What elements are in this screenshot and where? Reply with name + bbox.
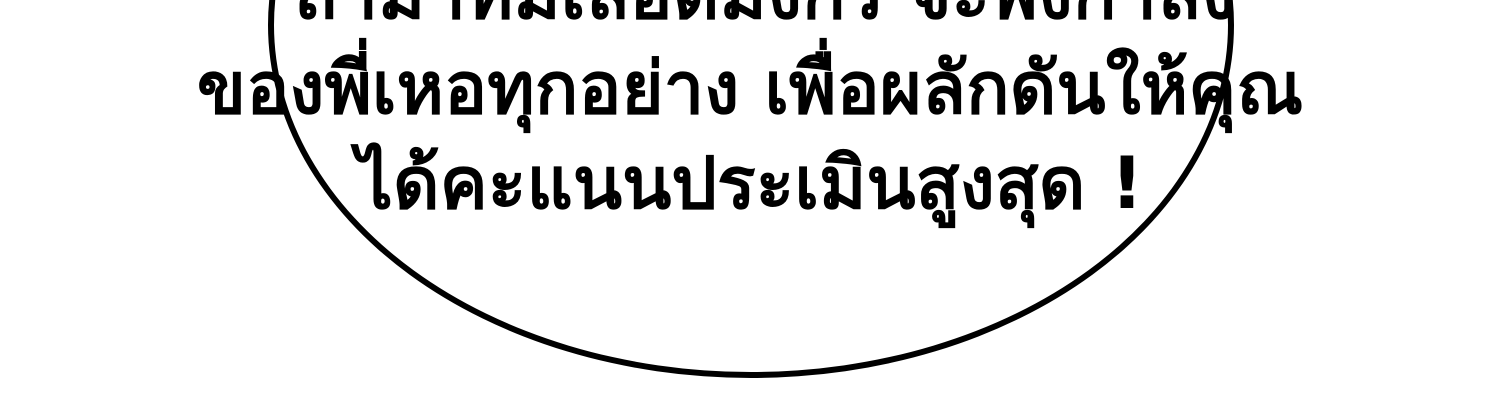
speech-bubble-text: ถ้ามาทีมเลือดมังกร จะพึ่งกำลัง ของพี่เหอ… (0, 0, 1500, 231)
bubble-line-2: ของพี่เหอทุกอย่าง เพื่อผลักดันให้คุณ (0, 41, 1500, 136)
bubble-line-3: ได้คะแนนประเมินสูงสุด ! (0, 136, 1500, 231)
bubble-line-1: ถ้ามาทีมเลือดมังกร จะพึ่งกำลัง (15, 0, 1500, 41)
comic-panel: ถ้ามาทีมเลือดมังกร จะพึ่งกำลัง ของพี่เหอ… (0, 0, 1500, 414)
